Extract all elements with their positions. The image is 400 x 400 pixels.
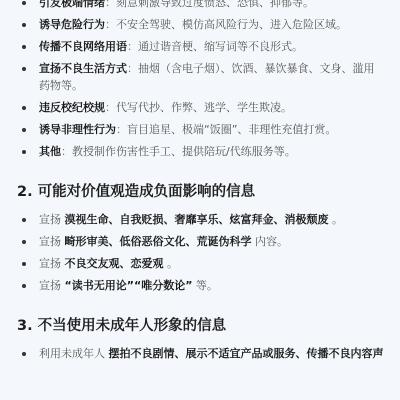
list-item: 违反校纪校规：代写代抄、作弊、逃学、学生欺凌。 <box>0 99 400 116</box>
item-separator: ： <box>127 62 138 75</box>
document-body: 引发极端情绪：刻意刺激导致过度愤怒、恐惧、抑郁等。 诱导危险行为：不安全驾驶、模… <box>0 0 400 367</box>
item-separator: ： <box>127 40 138 53</box>
bullet-icon <box>22 128 26 132</box>
bullet-icon <box>22 218 26 222</box>
item-prefix: 宣扬 <box>39 235 61 248</box>
item-suffix: 。 <box>332 213 343 226</box>
item-desc: 教授制作伤害性手工、提供陪玩/代练服务等。 <box>72 145 296 158</box>
item-suffix: 。 <box>167 257 178 270</box>
section-heading-minor-image: 3. 不当使用未成年人形象的信息 <box>0 316 400 336</box>
item-prefix: 宣扬 <box>39 279 61 292</box>
bullet-icon <box>22 150 26 154</box>
item-term: 宣扬不良生活方式 <box>39 62 127 75</box>
list-item: 利用未成年人 摆拍不良剧情、展示不适宜产品或服务、传播不良内容声 <box>0 345 400 362</box>
list-item: 宣扬 不良交友观、恋爱观 。 <box>0 255 400 272</box>
item-term: 引发极端情绪 <box>39 0 105 9</box>
bullet-icon <box>22 23 26 27</box>
item-prefix: 宣扬 <box>39 257 61 270</box>
values-content-list: 宣扬 漠视生命、自我贬损、奢靡享乐、炫富拜金、消极颓废 。 宣扬 畸形审美、低俗… <box>0 211 400 294</box>
item-term: 违反校纪校规 <box>39 101 105 114</box>
item-separator: ： <box>61 145 72 158</box>
bullet-icon <box>22 284 26 288</box>
item-separator: ： <box>105 0 116 9</box>
item-desc: 代写代抄、作弊、逃学、学生欺凌。 <box>116 101 292 114</box>
list-item: 诱导危险行为：不安全驾驶、模仿高风险行为、进入危险区域。 <box>0 16 400 33</box>
list-item: 宣扬 畸形审美、低俗恶俗文化、荒诞伪科学 内容。 <box>0 233 400 250</box>
item-term: 诱导非理性行为 <box>39 123 116 136</box>
bullet-icon <box>22 1 26 5</box>
section-heading-values: 2. 可能对价值观造成负面影响的信息 <box>0 182 400 202</box>
item-desc: 通过谐音梗、缩写词等不良形式。 <box>138 40 303 53</box>
list-item: 诱导非理性行为：盲目追星、极端“饭圈”、非理性充值打赏。 <box>0 121 400 138</box>
item-term: 传播不良网络用语 <box>39 40 127 53</box>
item-bold: 摆拍不良剧情、展示不适宜产品或服务、传播不良内容声 <box>109 347 384 360</box>
list-item: 宣扬不良生活方式：抽烟（含电子烟）、饮酒、暴饮暴食、文身、滥用药物等。 <box>0 60 400 94</box>
item-bold: 不良交友观、恋爱观 <box>65 257 164 270</box>
bullet-icon <box>22 262 26 266</box>
bullet-icon <box>22 240 26 244</box>
item-desc: 刻意刺激导致过度愤怒、恐惧、抑郁等。 <box>116 0 314 9</box>
list-item: 引发极端情绪：刻意刺激导致过度愤怒、恐惧、抑郁等。 <box>0 0 400 11</box>
list-item: 其他：教授制作伤害性手工、提供陪玩/代练服务等。 <box>0 143 400 160</box>
item-desc: 盲目追星、极端“饭圈”、非理性充值打赏。 <box>127 123 336 136</box>
bullet-icon <box>22 67 26 71</box>
item-term: 其他 <box>39 145 61 158</box>
minor-image-list: 利用未成年人 摆拍不良剧情、展示不适宜产品或服务、传播不良内容声 <box>0 345 400 362</box>
item-separator: ： <box>105 18 116 31</box>
item-suffix: 内容。 <box>255 235 288 248</box>
item-desc: 不安全驾驶、模仿高风险行为、进入危险区域。 <box>116 18 347 31</box>
bullet-icon <box>22 45 26 49</box>
list-item: 宣扬 漠视生命、自我贬损、奢靡享乐、炫富拜金、消极颓废 。 <box>0 211 400 228</box>
item-bold: 畸形审美、低俗恶俗文化、荒诞伪科学 <box>65 235 252 248</box>
item-prefix: 宣扬 <box>39 213 61 226</box>
bullet-icon <box>22 352 26 356</box>
item-bold: “读书无用论”“唯分数论” <box>65 279 193 292</box>
list-item: 宣扬 “读书无用论”“唯分数论” 等。 <box>0 277 400 294</box>
item-term: 诱导危险行为 <box>39 18 105 31</box>
bullet-icon <box>22 106 26 110</box>
item-prefix: 利用未成年人 <box>39 347 105 360</box>
item-separator: ： <box>116 123 127 136</box>
item-suffix: 等。 <box>196 279 218 292</box>
harmful-content-list: 引发极端情绪：刻意刺激导致过度愤怒、恐惧、抑郁等。 诱导危险行为：不安全驾驶、模… <box>0 0 400 160</box>
item-bold: 漠视生命、自我贬损、奢靡享乐、炫富拜金、消极颓废 <box>65 213 329 226</box>
item-separator: ： <box>105 101 116 114</box>
list-item: 传播不良网络用语：通过谐音梗、缩写词等不良形式。 <box>0 38 400 55</box>
